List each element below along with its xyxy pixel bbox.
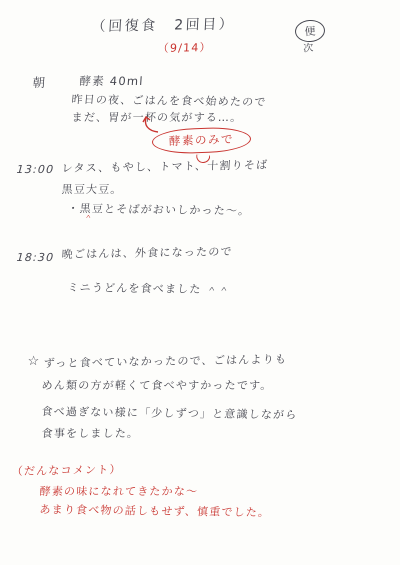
stamp-label: 便 [304,23,316,40]
reflection-line: めん類の方が軽くて食べやすかったです。 [41,380,273,392]
lunch-time: 13:00 [16,164,55,176]
enzyme-only-bubble: 酵素のみで [152,126,252,154]
circled-stamp: 便 [294,19,325,43]
morning-note-line: 昨日の夜、ごはんを食べ始めたので [71,94,267,109]
stamp-note: 次 [303,42,315,54]
comment-line: 酵素の味になれてきたかな〜 [39,486,198,498]
page-title: （回復食 2回目） [91,17,235,35]
lunch-line: レタス、もやし、トマト、十割りそば [61,159,268,175]
reflection-line: 食べ過ぎない様に「少しずつ」と意識しながら [41,406,298,422]
bubble-arrow-icon [138,116,160,134]
dinner-time: 18:30 [16,252,55,264]
morning-intake: 酵素 40ml [79,75,144,88]
comment-line: あまり食べ物の話しもせず、慎重でした。 [39,504,271,519]
dinner-line: 晩ごはんは、外食になったので [61,246,233,261]
red-caret-mark: ＾ [83,214,94,224]
lunch-line: 黒豆大豆。 [61,184,123,196]
reflection-line: ずっと食べていなかったので、ごはんよりも [43,354,287,370]
star-mark: ☆ [27,355,41,369]
morning-time-label: 朝 [32,76,47,90]
date-annotation: （9/14） [157,42,212,55]
reflection-line: 食事をしました。 [41,428,139,440]
lunch-line: ・黒豆とそばがおいしかった〜。 [67,203,251,218]
handwritten-note-page: （回復食 2回目） （9/14） 便 次 朝 酵素 40ml 昨日の夜、ごはんを… [0,0,400,565]
comment-heading: （だんなコメント） [11,464,122,478]
dinner-line: ミニうどんを食べました ＾＾ [67,282,231,296]
